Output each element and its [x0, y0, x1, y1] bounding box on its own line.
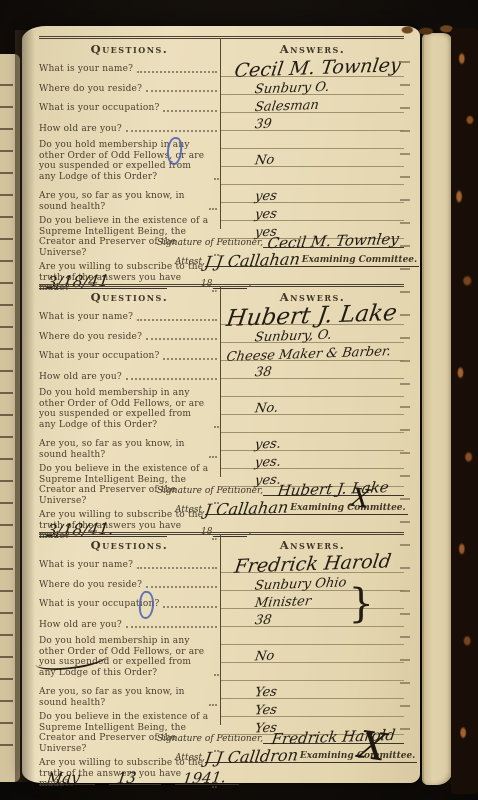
- question-reside: Where do you reside?: [39, 84, 220, 95]
- question-age: How old are you?: [39, 372, 220, 383]
- page-edge-line-ticks: [400, 40, 410, 730]
- question-occupation: What is your occupation?: [39, 351, 220, 362]
- attest-label: Attest,: [175, 505, 205, 515]
- dot-leader: [137, 316, 217, 321]
- answer-age: 39: [254, 117, 273, 133]
- question-name: What is your name?: [39, 560, 220, 571]
- attest-line: J Callahan: [205, 495, 288, 515]
- answer-line: [221, 415, 404, 433]
- question-reside: Where do you reside?: [39, 580, 220, 591]
- dot-leader: [209, 701, 217, 706]
- dot-leader: [163, 355, 217, 360]
- answer-line: Sunbury Ohio: [221, 573, 404, 591]
- dot-leader: [214, 423, 217, 428]
- answer-line: [221, 131, 404, 149]
- answer-line: yes: [221, 203, 404, 221]
- answer-line: Fredrick Harold: [221, 555, 404, 573]
- petition-section-2: Questions. Answers. What is your name? W…: [39, 284, 404, 532]
- date-day: 13: [108, 768, 146, 787]
- question-membership: Do you hold membership in any other Orde…: [39, 140, 220, 182]
- answer-line: Yes: [221, 681, 404, 699]
- section-body: What is your name? Where do you reside? …: [39, 59, 404, 229]
- ruled-line-ends: [0, 64, 13, 763]
- attest-signature: J J Calldron: [203, 745, 299, 767]
- dot-leader: [163, 107, 217, 112]
- answer-line: 39: [221, 113, 404, 131]
- gutter-shadow: [15, 30, 35, 782]
- answers-column: Fredrick Harold Sunbury Ohio Minister 38…: [220, 555, 404, 725]
- attest-label: Attest,: [175, 257, 205, 267]
- answer-line: [221, 663, 404, 681]
- answer-line: No: [221, 645, 404, 663]
- attest-row: Attest, J Callahan Examining Committee. …: [39, 496, 404, 515]
- date-month: May: [38, 768, 90, 788]
- question-membership: Do you hold membership in any other Orde…: [39, 388, 220, 430]
- book-photo: Questions. Answers. What is your name? W…: [0, 0, 478, 800]
- answer-line: Minister: [221, 591, 404, 609]
- answer-line: [221, 627, 404, 645]
- date-row: May 13 1941.: [39, 763, 404, 785]
- attest-row: Attest, J J Callahan Examining Committee…: [39, 248, 404, 267]
- dot-leader: [146, 583, 217, 588]
- committee-label: Examining Committee.: [288, 503, 407, 515]
- answer-line: [221, 379, 404, 397]
- dot-leader: [126, 623, 217, 628]
- question-health: Are you, so far as you know, in sound he…: [39, 439, 220, 460]
- date-year-line: 1941.: [175, 766, 239, 785]
- attest-label: Attest,: [175, 753, 205, 763]
- answer-age: 38: [254, 365, 273, 381]
- dot-leader: [126, 375, 217, 380]
- answer-line: yes.: [221, 433, 404, 451]
- answer-line: yes.: [221, 451, 404, 469]
- book-leaf-edge: [422, 33, 453, 785]
- question-health: Are you, so far as you know, in sound he…: [39, 191, 220, 212]
- answer-line: yes: [221, 185, 404, 203]
- questions-column: What is your name? Where do you reside? …: [39, 555, 220, 725]
- date-month-line: May: [39, 766, 95, 785]
- question-name: What is your name?: [39, 312, 220, 323]
- answer-line: No: [221, 149, 404, 167]
- dot-leader: [163, 603, 217, 608]
- dot-leader: [214, 175, 217, 180]
- attest-row: Attest, J J Calldron Examining Committee…: [39, 744, 404, 763]
- dot-leader: [209, 205, 217, 210]
- attest-signature: J J Callahan: [203, 249, 301, 271]
- question-occupation: What is your occupation?: [39, 103, 220, 114]
- answer-membership: No: [254, 649, 275, 665]
- question-age: How old are you?: [39, 124, 220, 135]
- date-year: 1941.: [174, 768, 236, 788]
- dot-leader: [146, 335, 217, 340]
- answer-line: 38: [221, 609, 404, 627]
- questions-header: Questions.: [39, 39, 220, 59]
- answer-line: Sunbury, O.: [221, 325, 404, 343]
- dot-leader: [209, 453, 217, 458]
- petition-section-1: Questions. Answers. What is your name? W…: [39, 36, 404, 284]
- signature-line: Cecil M. Townley: [263, 229, 404, 248]
- register-page: Questions. Answers. What is your name? W…: [22, 26, 420, 783]
- answer-line: Sunbury O.: [221, 77, 404, 95]
- answer-membership: No: [254, 153, 275, 169]
- signature-line: Hubert J. Lake: [263, 477, 404, 496]
- dot-leader: [146, 87, 217, 92]
- answers-column: Hubert J. Lake Sunbury, O. Cheese Maker …: [220, 307, 404, 477]
- answer-line: Yes: [221, 699, 404, 717]
- answer-line: Cheese Maker & Barber.: [221, 343, 404, 361]
- answer-supreme: yes: [254, 207, 278, 223]
- attest-line: J J Callahan: [205, 247, 300, 267]
- dot-leader: [137, 564, 217, 569]
- question-age: How old are you?: [39, 620, 220, 631]
- leather-binding-edge: [451, 28, 478, 794]
- answer-line: [221, 167, 404, 185]
- dot-leader: [137, 68, 217, 73]
- answer-line: Hubert J. Lake: [221, 307, 404, 325]
- question-occupation: What is your occupation?: [39, 599, 220, 610]
- dot-leader: [214, 671, 217, 676]
- attest-line: J J Calldron: [205, 743, 298, 763]
- question-reside: Where do you reside?: [39, 332, 220, 343]
- questions-header: Questions.: [39, 287, 220, 307]
- question-name: What is your name?: [39, 64, 220, 75]
- questions-column: What is your name? Where do you reside? …: [39, 59, 220, 229]
- questions-column: What is your name? Where do you reside? …: [39, 307, 220, 477]
- answer-health: yes: [254, 189, 278, 205]
- answer-line: Salesman: [221, 95, 404, 113]
- date-day-line: 13: [109, 766, 161, 785]
- answer-line: Cecil M. Townley: [221, 59, 404, 77]
- question-health: Are you, so far as you know, in sound he…: [39, 687, 220, 708]
- dot-leader: [126, 127, 217, 132]
- answer-line: 38: [221, 361, 404, 379]
- answer-health: Yes: [254, 685, 278, 701]
- section-body: What is your name? Where do you reside? …: [39, 307, 404, 477]
- answer-supreme: Yes: [254, 703, 278, 719]
- answers-column: Cecil M. Townley Sunbury O. Salesman 39 …: [220, 59, 404, 229]
- answer-line: No.: [221, 397, 404, 415]
- section-body: What is your name? Where do you reside? …: [39, 555, 404, 725]
- answer-age: 38: [254, 613, 273, 629]
- attest-signature: J Callahan: [203, 498, 289, 520]
- handwritten-brace: }: [349, 581, 374, 627]
- questions-header: Questions.: [39, 535, 220, 555]
- petition-section-3: Questions. Answers. What is your name? W…: [39, 532, 404, 780]
